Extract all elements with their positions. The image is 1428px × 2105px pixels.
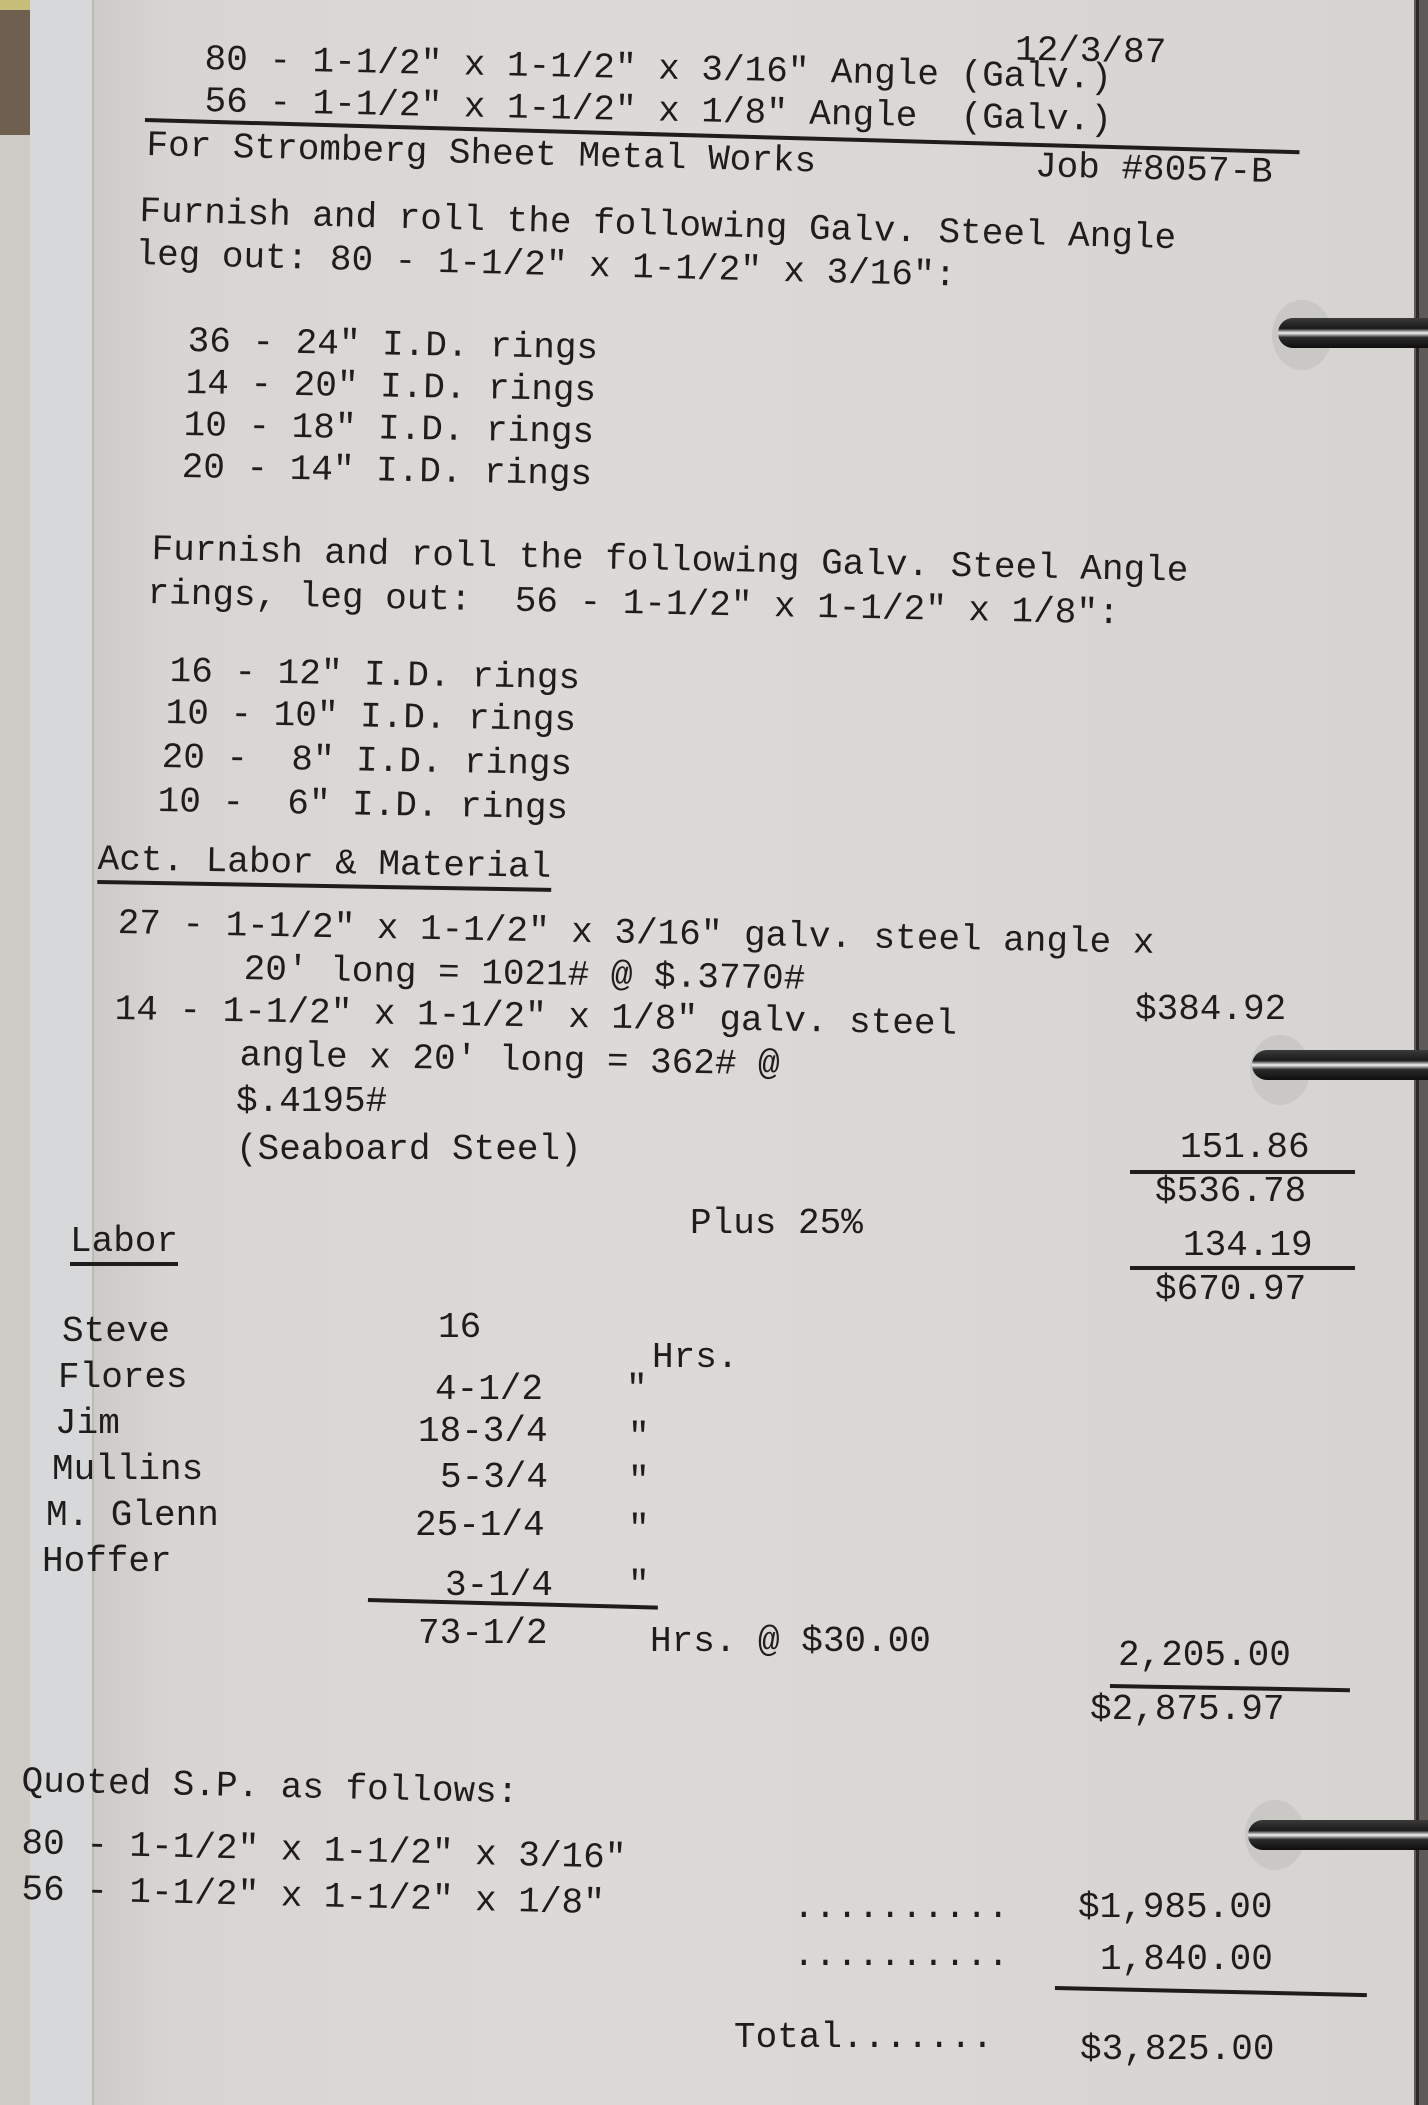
material-line-5: $.4195# (236, 1082, 387, 1122)
labor-total-hours: 73-1/2 (418, 1614, 548, 1654)
ring-item: 20 - 8" I.D. rings (161, 738, 572, 785)
binder-ring-icon (1252, 1050, 1428, 1080)
labor-unit: " (628, 1462, 650, 1502)
labor-hours: 16 (438, 1308, 481, 1348)
markup-label: Plus 25% (690, 1204, 863, 1244)
quote-item-leader: .......... (793, 1888, 1009, 1928)
markup-amount: 134.19 (1183, 1226, 1313, 1266)
grand-total: $2,875.97 (1090, 1690, 1284, 1730)
labor-hours: 4-1/2 (435, 1370, 543, 1410)
ring-item: 16 - 12" I.D. rings (169, 652, 580, 699)
typed-document: 12/3/87 80 - 1-1/2" x 1-1/2" x 3/16" Ang… (0, 0, 1428, 2105)
binder-ring-icon (1248, 1820, 1428, 1850)
labor-name: Steve (62, 1312, 170, 1352)
quote-total-value: $3,825.00 (1080, 2030, 1274, 2070)
labor-unit: Hrs. (652, 1338, 738, 1378)
labor-hours: 25-1/4 (415, 1506, 545, 1546)
material-amount-1: $384.92 (1135, 990, 1286, 1030)
material-amount-2: 151.86 (1180, 1128, 1310, 1168)
quote-total-label: Total....... (734, 2018, 993, 2058)
labor-heading: Labor (70, 1222, 178, 1266)
material-line-4: angle x 20' long = 362# @ (239, 1036, 780, 1085)
labor-unit: " (626, 1370, 648, 1410)
ring-item: 36 - 24" I.D. rings (187, 322, 598, 369)
labor-hours: 18-3/4 (418, 1412, 548, 1452)
ring-item: 10 - 10" I.D. rings (165, 694, 576, 741)
quote-total-rule (1055, 1986, 1367, 1997)
labor-name: M. Glenn (46, 1496, 219, 1536)
labor-amount: 2,205.00 (1118, 1636, 1291, 1676)
quote-item-price: 1,840.00 (1100, 1940, 1273, 1980)
binder-ring-icon (1278, 318, 1428, 348)
labor-unit: " (628, 1418, 650, 1458)
material-total: $670.97 (1155, 1270, 1306, 1310)
quote-item-price: $1,985.00 (1078, 1888, 1272, 1928)
material-subtotal: $536.78 (1155, 1172, 1306, 1212)
quote-heading: Quoted S.P. as follows: (21, 1762, 519, 1813)
quote-item-leader: .......... (793, 1936, 1009, 1976)
labor-unit: " (628, 1566, 650, 1606)
material-heading: Act. Labor & Material (97, 840, 551, 892)
ring-item: 20 - 14" I.D. rings (181, 448, 592, 495)
labor-rate: Hrs. @ $30.00 (650, 1622, 931, 1662)
ring-item: 14 - 20" I.D. rings (185, 364, 596, 411)
labor-unit: " (628, 1510, 650, 1550)
material-line-6: (Seaboard Steel) (236, 1130, 582, 1170)
labor-name: Flores (58, 1358, 188, 1398)
quote-item-desc: 56 - 1-1/2" x 1-1/2" x 1/8" (21, 1870, 605, 1924)
labor-name: Hoffer (42, 1542, 172, 1582)
ring-item: 10 - 18" I.D. rings (183, 406, 594, 453)
labor-name: Mullins (52, 1450, 203, 1490)
ring-item: 10 - 6" I.D. rings (157, 782, 568, 829)
labor-hours: 5-3/4 (440, 1458, 548, 1498)
job-number: Job #8057-B (1035, 147, 1274, 193)
labor-name: Jim (55, 1404, 120, 1444)
